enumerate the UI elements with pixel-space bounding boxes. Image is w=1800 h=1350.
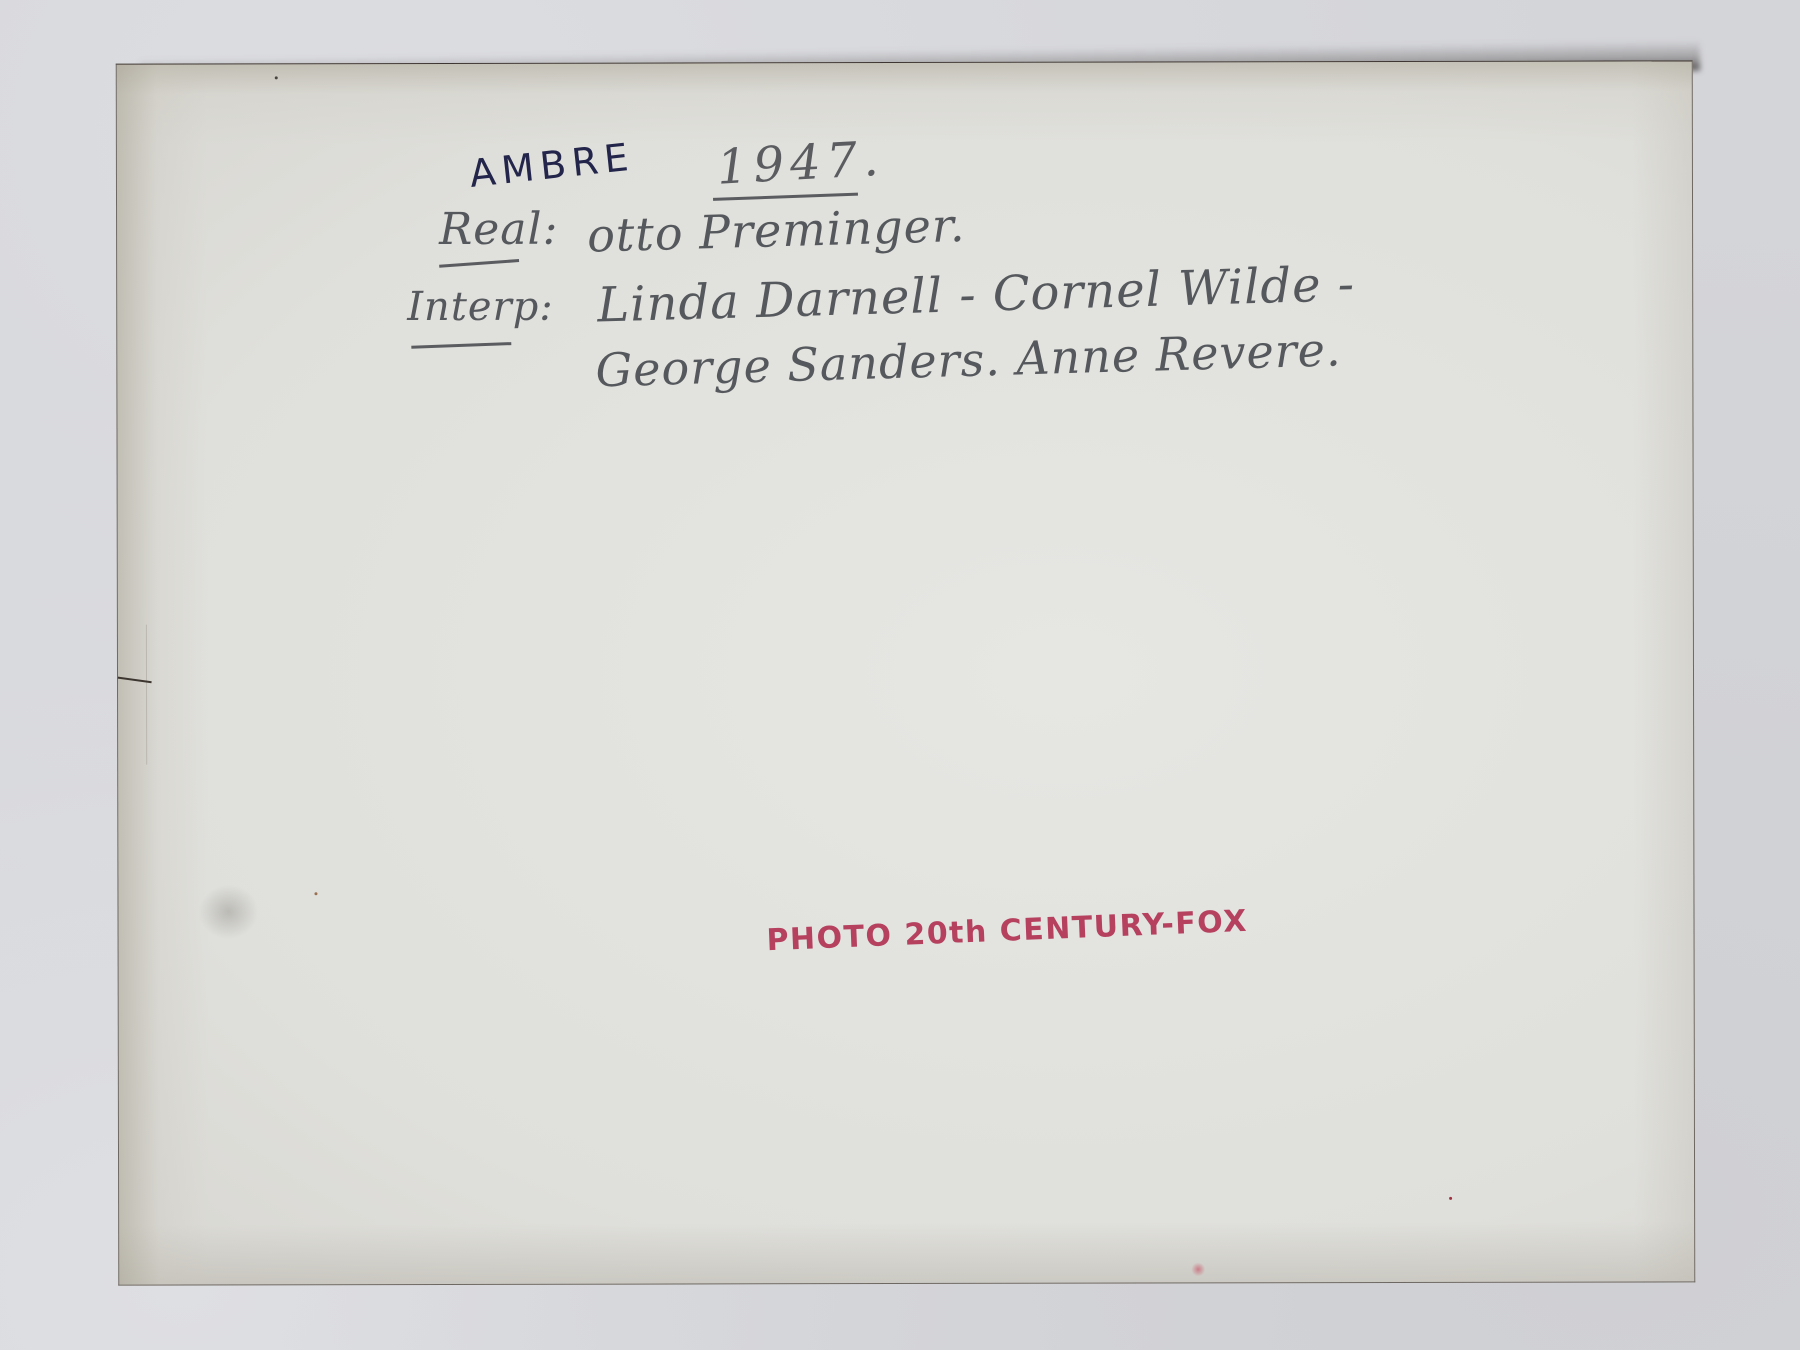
- cast-label: Interp:: [407, 284, 554, 330]
- director-label: Real:: [439, 204, 558, 255]
- photo-card-back: AMBRE 1947. Real: otto Preminger. Interp…: [116, 60, 1696, 1285]
- studio-stamp: PHOTO 20th CENTURY-FOX: [766, 904, 1249, 958]
- cast-line-2: George Sanders. Anne Revere.: [595, 322, 1342, 397]
- director-label-underline: [439, 259, 519, 268]
- film-year: 1947.: [716, 131, 886, 196]
- director-name: otto Preminger.: [586, 198, 966, 263]
- edge-crease: [146, 625, 147, 765]
- cast-line-1: Linda Darnell - Cornel Wilde -: [597, 256, 1356, 333]
- smudge-mark: [198, 884, 258, 939]
- speck: [314, 892, 317, 895]
- speck: [1449, 1197, 1452, 1200]
- cast-label-underline: [411, 342, 511, 349]
- speck: [275, 76, 278, 79]
- film-title: AMBRE: [467, 135, 636, 196]
- red-ink-mark: [1191, 1262, 1205, 1276]
